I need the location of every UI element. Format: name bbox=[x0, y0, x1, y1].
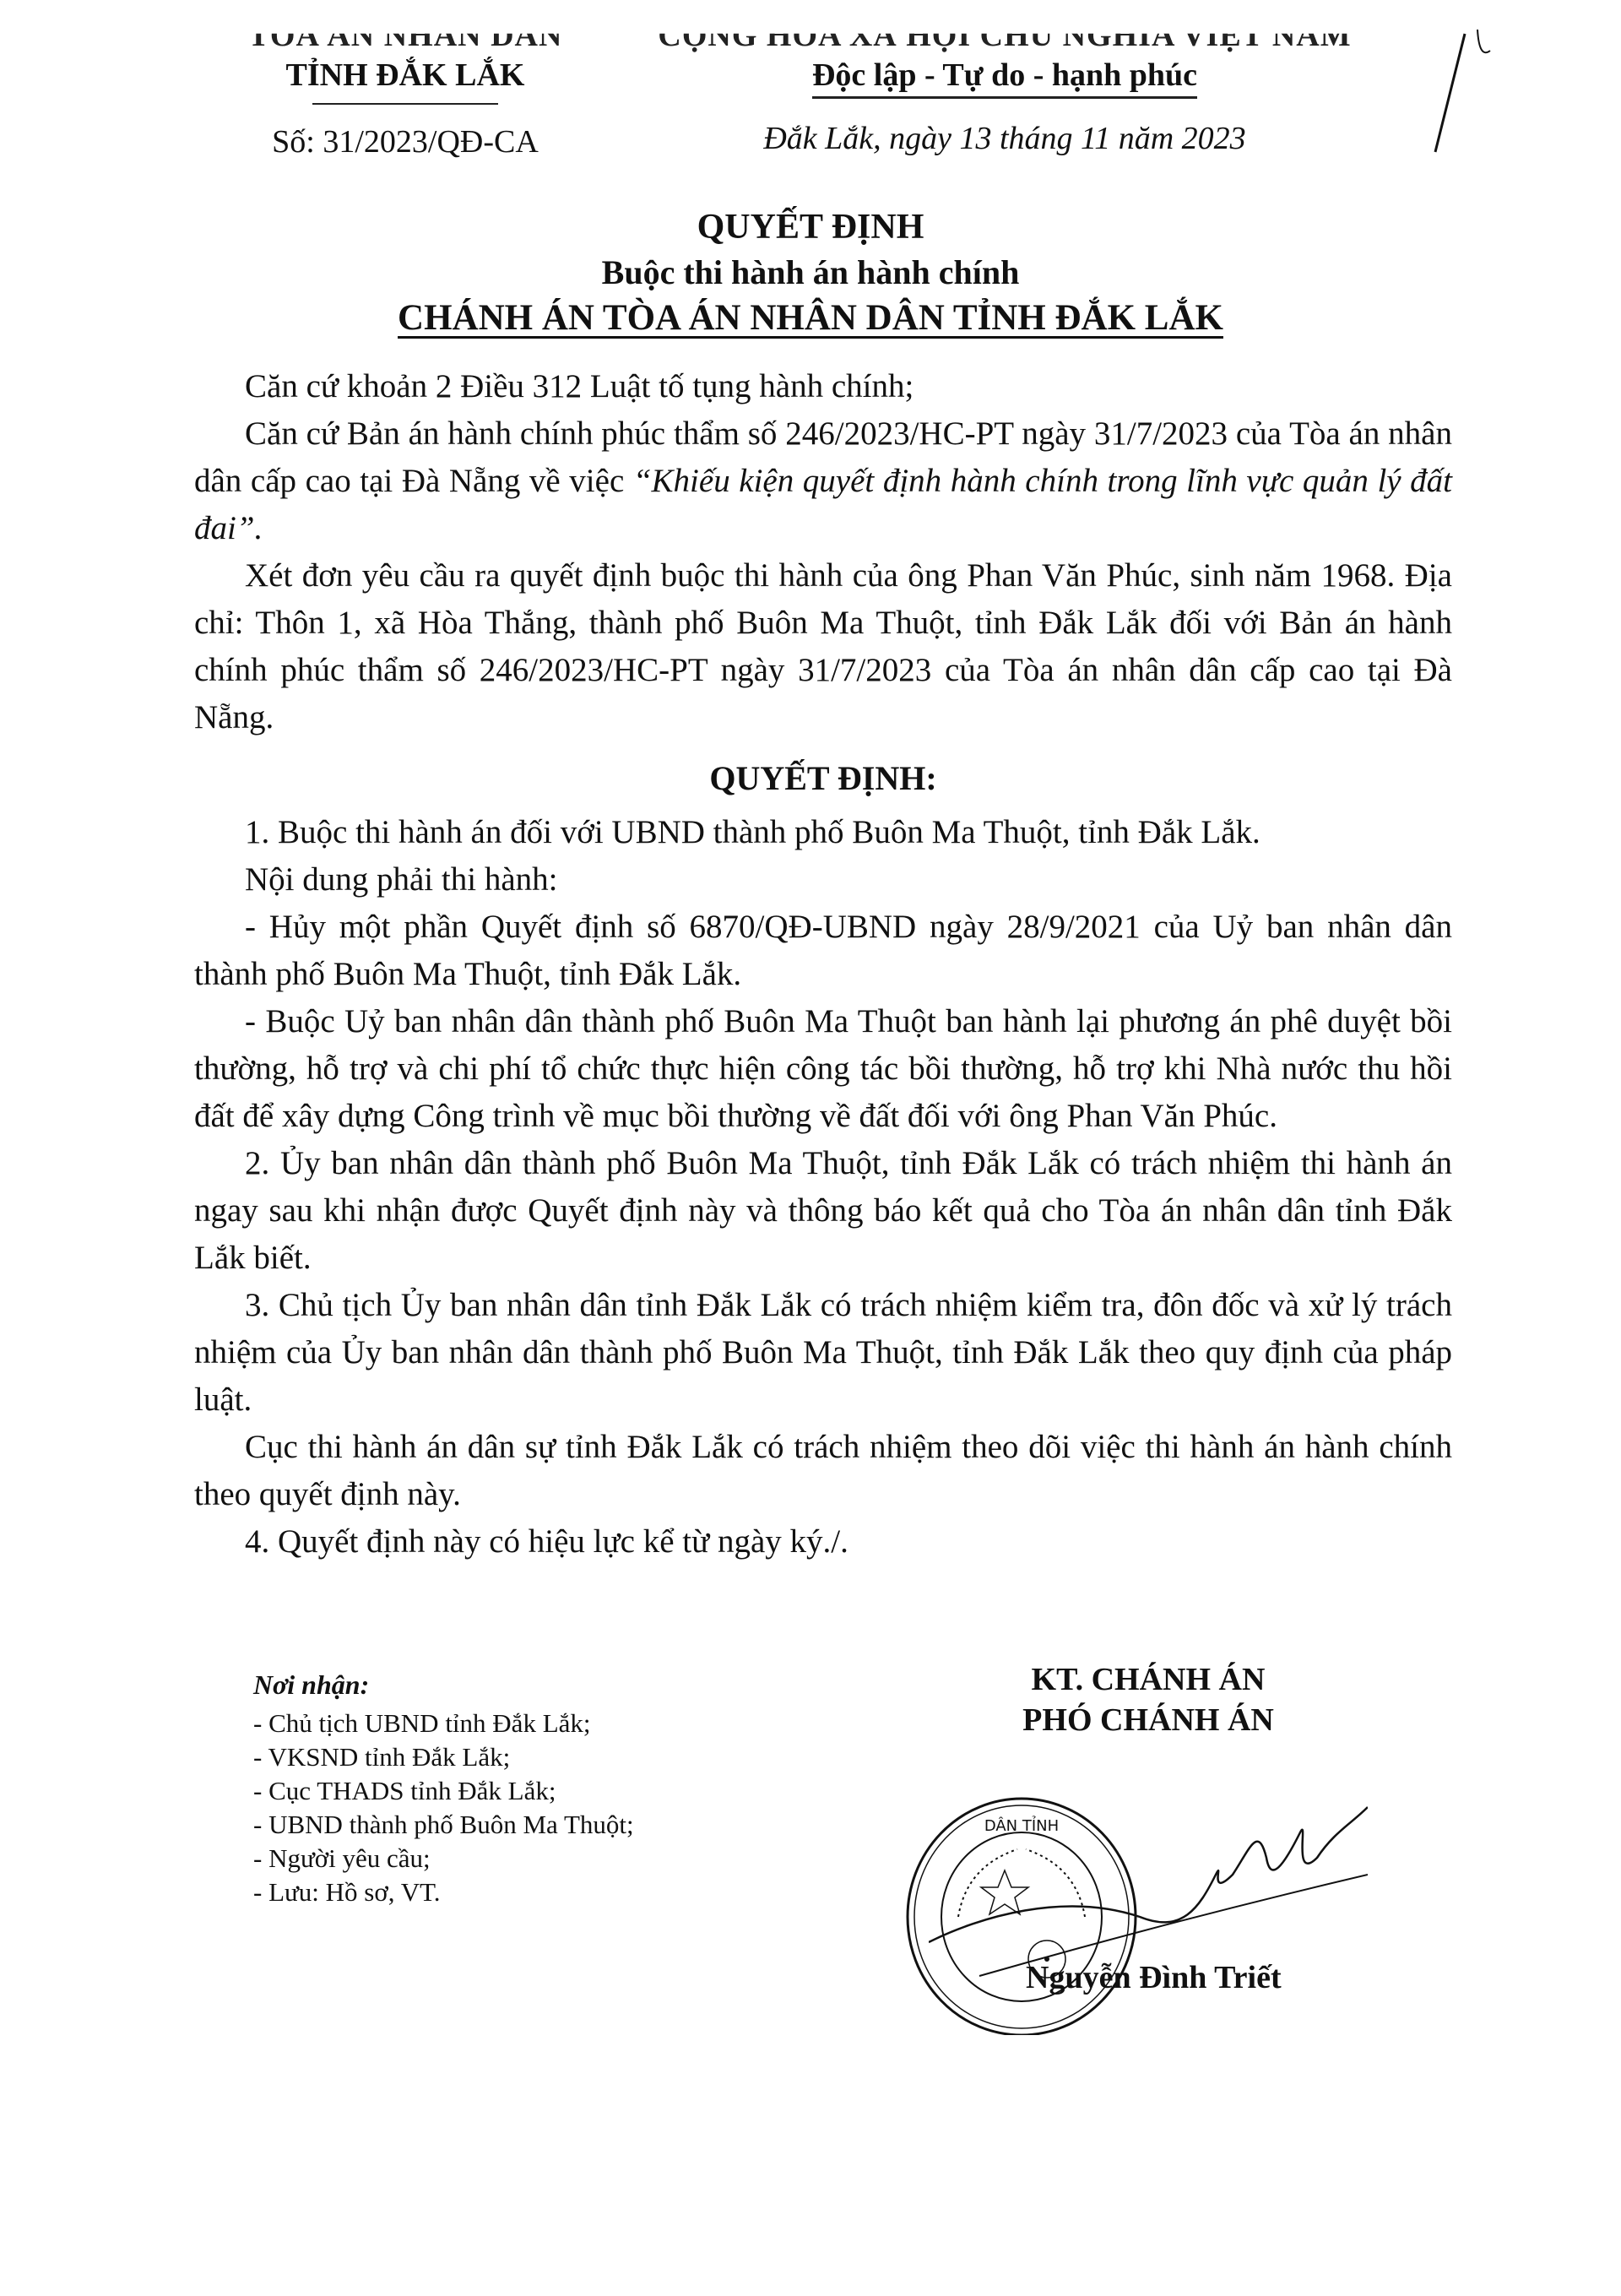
recipient-item: - UBND thành phố Buôn Ma Thuột; bbox=[253, 1808, 777, 1842]
header-left-cut-line-wrap: TÒA ÁN NHÂN DÂN bbox=[194, 17, 616, 54]
decision-heading: QUYẾT ĐỊNH: bbox=[194, 755, 1452, 802]
signer-name: Nguyễn Đình Triết bbox=[1026, 1959, 1282, 1996]
pen-mark-icon bbox=[1418, 17, 1520, 160]
recipient-item: - Người yêu cầu; bbox=[253, 1842, 777, 1875]
decision-item-3-note: Cục thi hành án dân sự tỉnh Đắk Lắk có t… bbox=[194, 1424, 1452, 1518]
header-left-cut-line: TÒA ÁN NHÂN DÂN bbox=[194, 17, 616, 54]
header-right-cut-line: CỘNG HÒA XÃ HỘI CHỦ NGHĨA VIỆT NAM bbox=[591, 17, 1418, 54]
preamble-3: Xét đơn yêu cầu ra quyết định buộc thi h… bbox=[194, 552, 1452, 741]
decision-item-3: 3. Chủ tịch Ủy ban nhân dân tỉnh Đắk Lắk… bbox=[194, 1282, 1452, 1424]
recipients-label: Nơi nhận: bbox=[253, 1668, 777, 1702]
decision-item-2: 2. Ủy ban nhân dân thành phố Buôn Ma Thu… bbox=[194, 1140, 1452, 1282]
preamble-1: Căn cứ khoản 2 Điều 312 Luật tố tụng hàn… bbox=[194, 363, 1452, 410]
header-motto: Độc lập - Tự do - hạnh phúc bbox=[591, 54, 1418, 96]
recipient-item: - Cục THADS tỉnh Đắk Lắk; bbox=[253, 1774, 777, 1808]
decision-content-2: - Buộc Uỷ ban nhân dân thành phố Buôn Ma… bbox=[194, 998, 1452, 1140]
document-body: Căn cứ khoản 2 Điều 312 Luật tố tụng hàn… bbox=[194, 363, 1452, 1566]
preamble-2: Căn cứ Bản án hành chính phúc thẩm số 24… bbox=[194, 410, 1452, 552]
signature-line-1: KT. CHÁNH ÁN bbox=[937, 1659, 1359, 1700]
header-left: TÒA ÁN NHÂN DÂN TỈNH ĐẮK LẮK Số: 31/2023… bbox=[194, 17, 616, 167]
decision-item-1: 1. Buộc thi hành án đối với UBND thành p… bbox=[194, 809, 1452, 856]
recipient-item: - Lưu: Hồ sơ, VT. bbox=[253, 1875, 777, 1909]
decision-content-label: Nội dung phải thi hành: bbox=[194, 856, 1452, 904]
document-subtitle: Buộc thi hành án hành chính bbox=[0, 252, 1621, 292]
recipient-item: - Chủ tịch UBND tỉnh Đắk Lắk; bbox=[253, 1707, 777, 1740]
recipients-block: Nơi nhận: - Chủ tịch UBND tỉnh Đắk Lắk; … bbox=[253, 1668, 777, 1909]
header-right-cut-line-wrap: CỘNG HÒA XÃ HỘI CHỦ NGHĨA VIỆT NAM bbox=[591, 17, 1418, 54]
recipient-item: - VKSND tỉnh Đắk Lắk; bbox=[253, 1740, 777, 1774]
header-org-name: TỈNH ĐẮK LẮK bbox=[194, 54, 616, 96]
header-right: CỘNG HÒA XÃ HỘI CHỦ NGHĨA VIỆT NAM Độc l… bbox=[591, 17, 1418, 164]
motto-text: Độc lập - Tự do - hạnh phúc bbox=[812, 57, 1197, 99]
place-date: Đắk Lắk, ngày 13 tháng 11 năm 2023 bbox=[591, 113, 1418, 164]
issuing-authority: CHÁNH ÁN TÒA ÁN NHÂN DÂN TỈNH ĐẮK LẮK bbox=[0, 297, 1621, 339]
document-number: Số: 31/2023/QĐ-CA bbox=[194, 117, 616, 167]
decision-content-1: - Hủy một phần Quyết định số 6870/QĐ-UBN… bbox=[194, 904, 1452, 998]
header-left-rule bbox=[312, 103, 498, 105]
title-block: QUYẾT ĐỊNH Buộc thi hành án hành chính C… bbox=[0, 207, 1621, 339]
signature-block: KT. CHÁNH ÁN PHÓ CHÁNH ÁN bbox=[937, 1659, 1359, 1740]
decision-item-4: 4. Quyết định này có hiệu lực kể từ ngày… bbox=[194, 1518, 1452, 1566]
signature-line-2: PHÓ CHÁNH ÁN bbox=[937, 1700, 1359, 1740]
document-title: QUYẾT ĐỊNH bbox=[0, 207, 1621, 247]
